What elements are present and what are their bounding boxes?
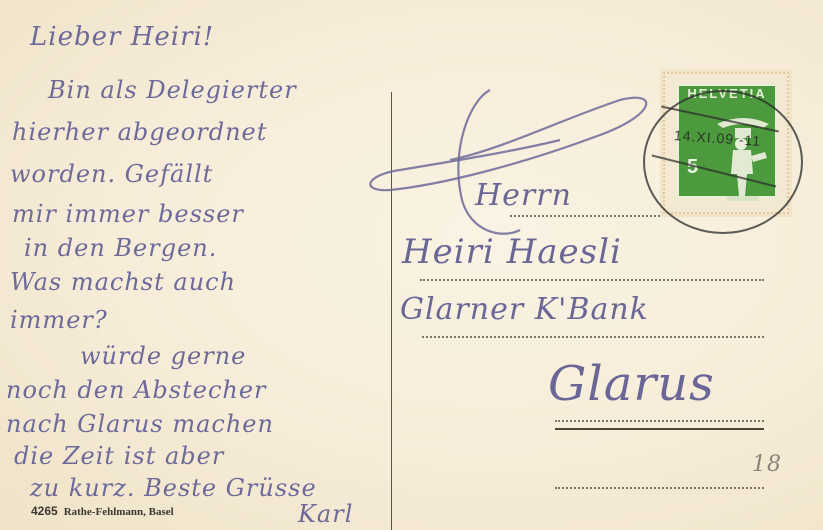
address-line-5: [555, 487, 764, 489]
address-line-2: [420, 279, 764, 281]
address-line-4: [555, 420, 764, 422]
publisher-imprint: 4265Rathe-Fehlmann, Basel: [31, 504, 174, 518]
recipient-town: Glarus: [548, 356, 715, 412]
pencil-note: 18: [752, 452, 782, 477]
signature: Karl: [298, 500, 353, 528]
message-line: mir immer besser: [12, 200, 244, 228]
message-line: immer?: [10, 306, 108, 334]
recipient-name: Heiri Haesli: [402, 232, 622, 272]
message-line: noch den Abstecher: [6, 376, 267, 404]
address-underline: [555, 428, 764, 430]
message-line: worden. Gefällt: [10, 160, 213, 188]
message-line: würde gerne: [80, 342, 246, 370]
message-line: nach Glarus machen: [6, 410, 274, 438]
card-number: 4265: [31, 504, 58, 518]
message-line: Was machst auch: [10, 268, 236, 296]
recipient-institution: Glarner K'Bank: [400, 292, 649, 327]
address-salutation: Herrn: [475, 178, 572, 213]
message-line: die Zeit ist aber: [14, 442, 224, 470]
message-line: in den Bergen.: [24, 234, 217, 262]
publisher-name: Rathe-Fehlmann, Basel: [64, 506, 174, 518]
postcard: Lieber Heiri! Bin als Delegierter hierhe…: [0, 0, 823, 530]
message-line: hierher abgeordnet: [12, 118, 267, 146]
postmark-circle: [643, 90, 803, 234]
salutation: Lieber Heiri!: [30, 22, 214, 52]
vertical-divider: [391, 92, 392, 530]
message-line: Bin als Delegierter: [48, 76, 297, 104]
address-line-3: [422, 336, 764, 338]
message-line: zu kurz. Beste Grüsse: [30, 474, 317, 502]
